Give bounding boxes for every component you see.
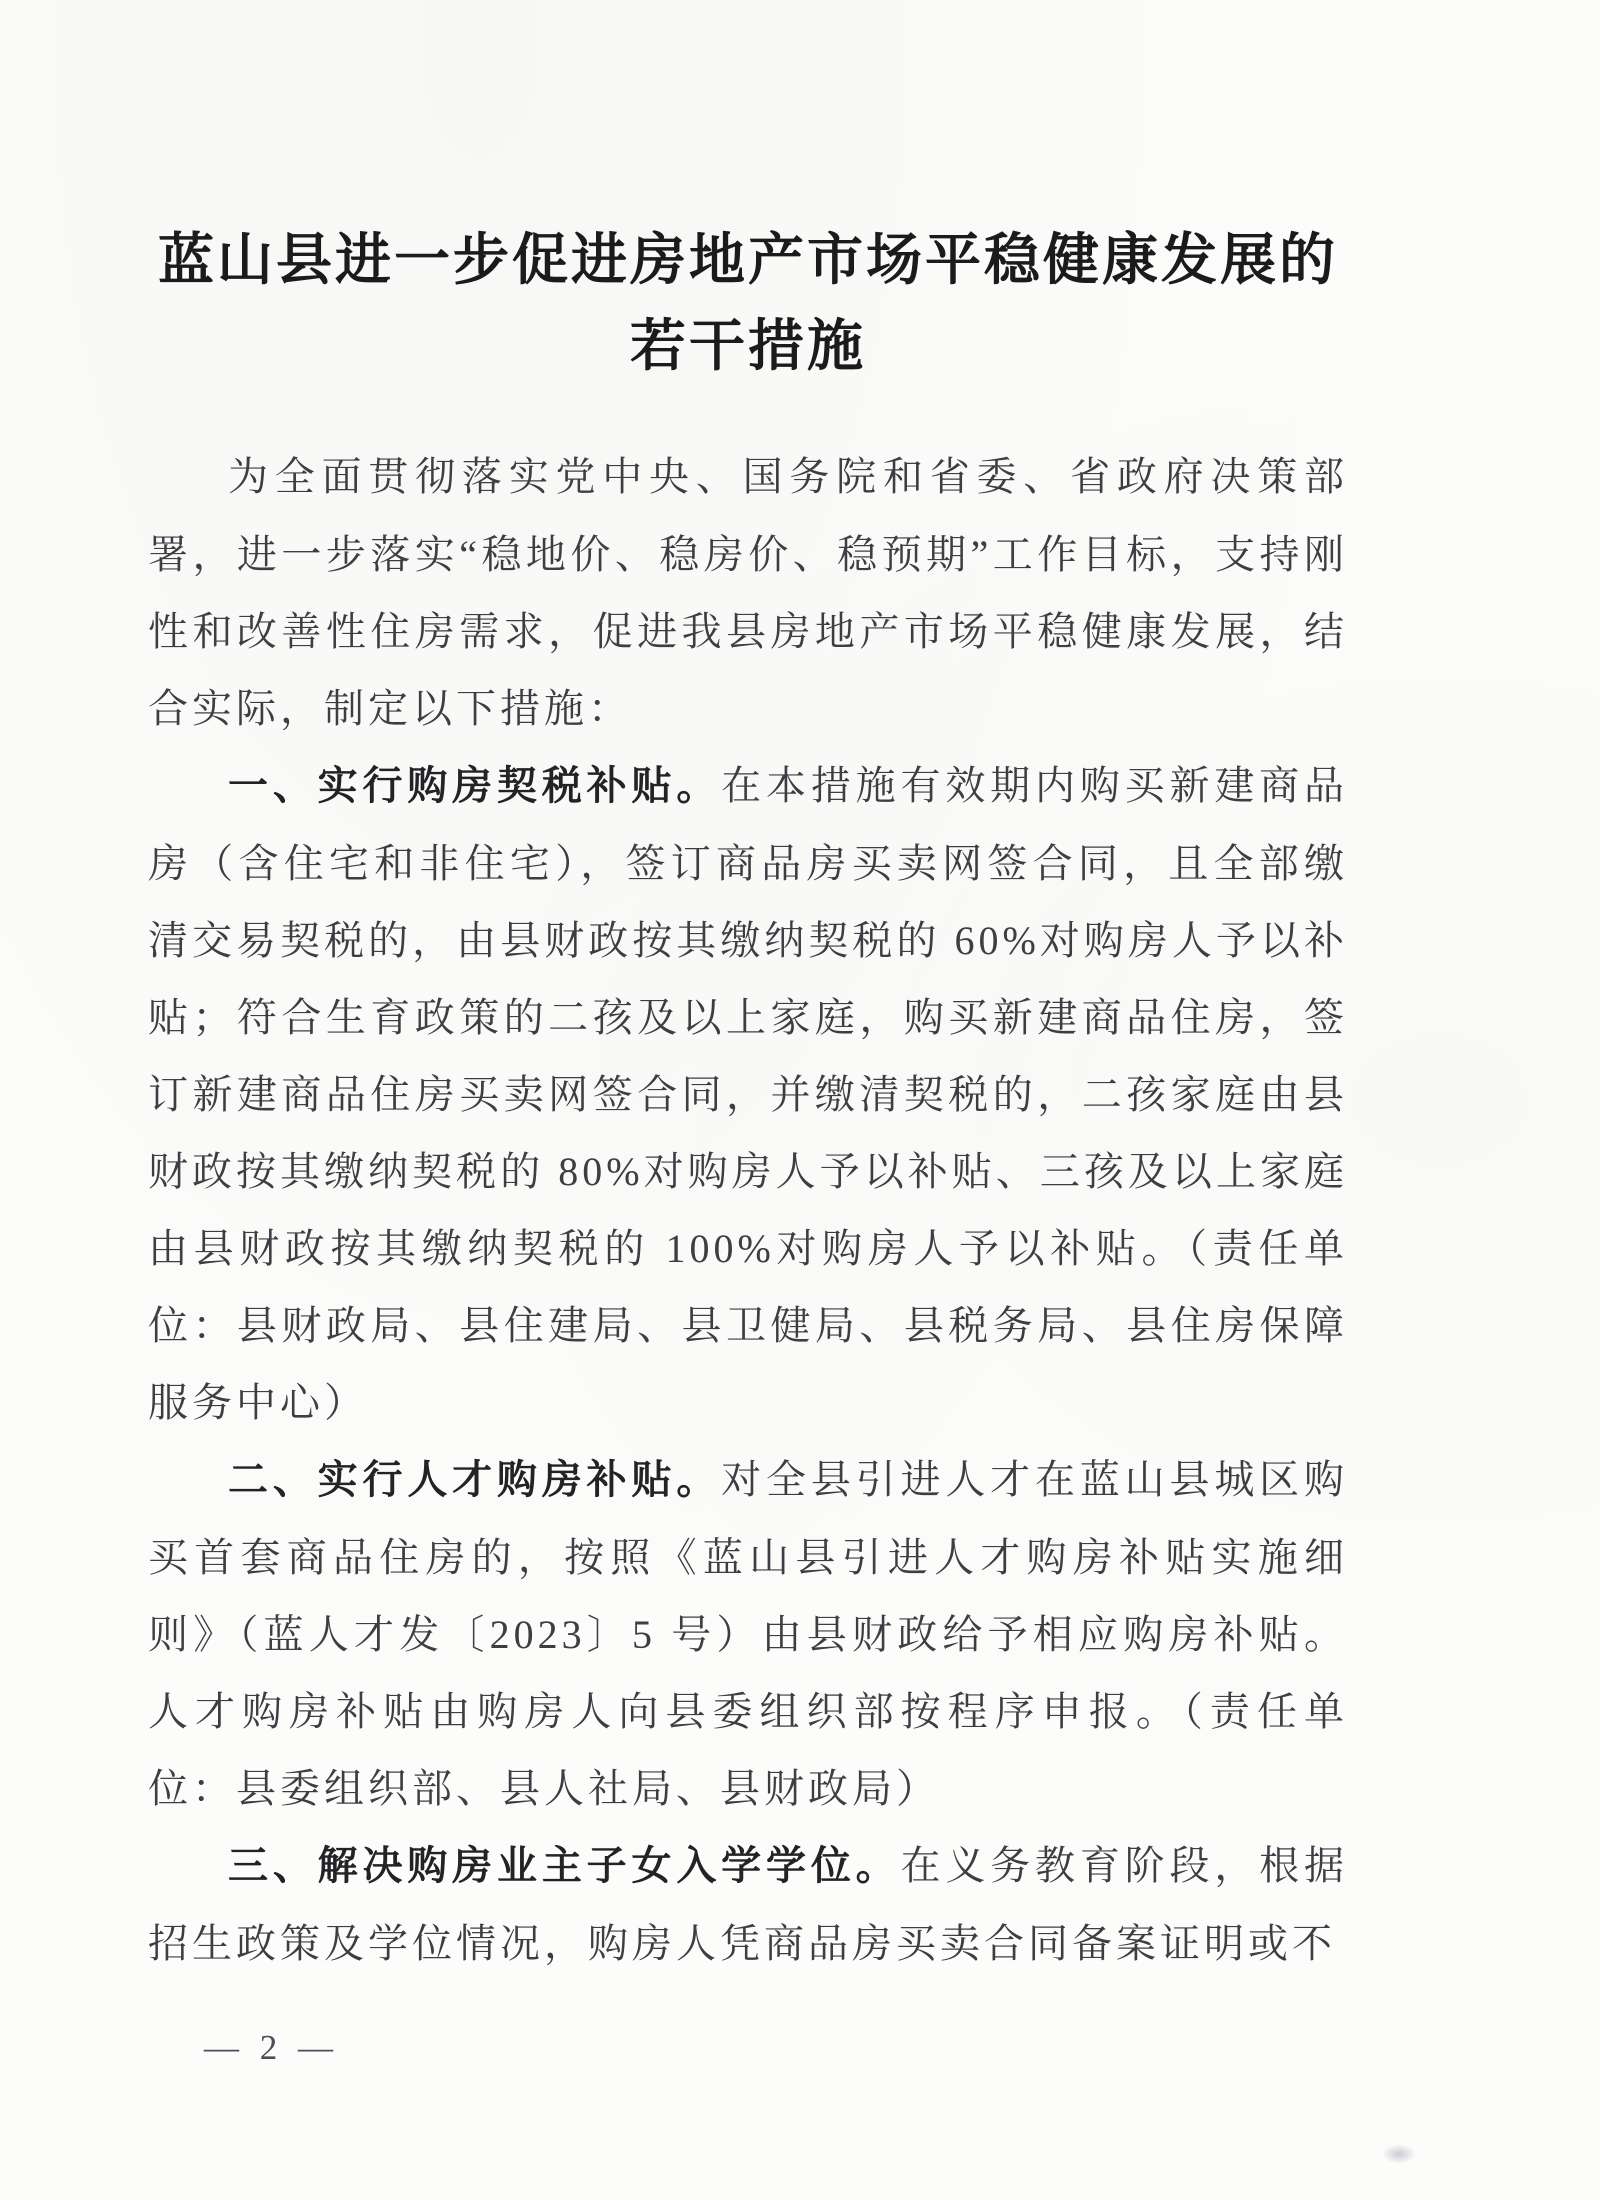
paragraph-intro: 为全面贯彻落实党中央、国务院和省委、省政府决策部署，进一步落实“稳地价、稳房价、… — [148, 438, 1348, 747]
paragraph-measure-3-heading: 三、解决购房业主子女入学学位。 — [228, 1844, 901, 1888]
document-title-line-2: 若干措施 — [148, 304, 1348, 390]
scan-smudge-artifact — [1382, 2144, 1416, 2164]
document-title: 蓝山县进一步促进房地产市场平稳健康发展的 若干措施 — [148, 218, 1348, 390]
paragraph-intro-text: 为全面贯彻落实党中央、国务院和省委、省政府决策部署，进一步落实“稳地价、稳房价、… — [148, 454, 1348, 731]
page-number: — 2 — — [204, 2028, 339, 2068]
paragraph-measure-2: 二、实行人才购房补贴。对全县引进人才在蓝山县城区购买首套商品住房的，按照《蓝山县… — [148, 1441, 1348, 1827]
scanned-document-page: 蓝山县进一步促进房地产市场平稳健康发展的 若干措施 为全面贯彻落实党中央、国务院… — [0, 0, 1600, 2200]
paragraph-measure-3: 三、解决购房业主子女入学学位。在义务教育阶段，根据招生政策及学位情况，购房人凭商… — [148, 1827, 1348, 1982]
paragraph-measure-1: 一、实行购房契税补贴。在本措施有效期内购买新建商品房（含住宅和非住宅），签订商品… — [148, 747, 1348, 1441]
paragraph-measure-2-heading: 二、实行人才购房补贴。 — [228, 1458, 721, 1502]
paragraph-measure-2-text: 对全县引进人才在蓝山县城区购买首套商品住房的，按照《蓝山县引进人才购房补贴实施细… — [148, 1457, 1348, 1811]
document-body: 为全面贯彻落实党中央、国务院和省委、省政府决策部署，进一步落实“稳地价、稳房价、… — [148, 438, 1348, 1982]
paragraph-measure-1-heading: 一、实行购房契税补贴。 — [228, 764, 721, 808]
document-title-line-1: 蓝山县进一步促进房地产市场平稳健康发展的 — [148, 218, 1348, 304]
paragraph-measure-1-text: 在本措施有效期内购买新建商品房（含住宅和非住宅），签订商品房买卖网签合同，且全部… — [148, 763, 1348, 1425]
